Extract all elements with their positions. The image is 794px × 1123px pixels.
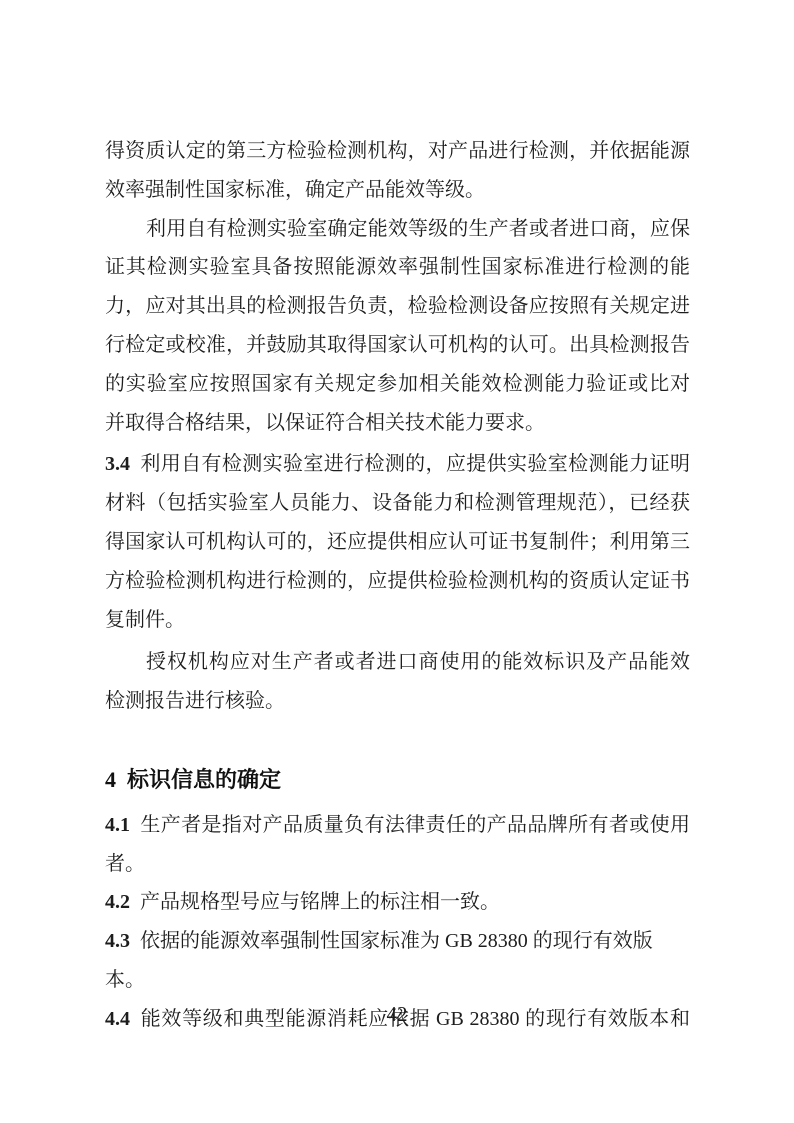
line-text: 方检验检测机构进行检测的，应提供检验检测机构的资质认定证书 bbox=[105, 570, 690, 592]
text-line: 效率强制性国家标准，确定产品能效等级。 bbox=[105, 171, 690, 210]
line-text: 授权机构应对生产者或者进口商使用的能效标识及产品能效 bbox=[146, 651, 690, 673]
text-line: 授权机构应对生产者或者进口商使用的能效标识及产品能效 bbox=[105, 643, 690, 682]
line-text: 行检定或校准，并鼓励其取得国家认可机构的认可。出具检测报告 bbox=[105, 334, 690, 356]
section-number: 4 bbox=[105, 767, 116, 792]
page-number: 42 bbox=[0, 1002, 794, 1027]
line-text: 并取得合格结果，以保证符合相关技术能力要求。 bbox=[105, 412, 545, 434]
line-text: 证其检测实验室具备按照能源效率强制性国家标准进行检测的能 bbox=[105, 256, 690, 278]
line-text: 得资质认定的第三方检验检测机构，对产品进行检测，并依据能源 bbox=[105, 140, 690, 162]
line-text: 者。 bbox=[105, 853, 145, 875]
section-title: 标识信息的确定 bbox=[127, 767, 281, 792]
clause-number: 3.4 bbox=[105, 453, 130, 475]
clause-number: 4.3 bbox=[105, 930, 130, 952]
line-text: 力，应对其出具的检测报告负责，检验检测设备应按照有关规定进 bbox=[105, 295, 690, 317]
text-line: 检测报告进行核验。 bbox=[105, 682, 690, 721]
line-text: 材料（包括实验室人员能力、设备能力和检测管理规范），已经获 bbox=[105, 492, 690, 514]
clause-number: 4.1 bbox=[105, 814, 130, 836]
text-line: 行检定或校准，并鼓励其取得国家认可机构的认可。出具检测报告 bbox=[105, 326, 690, 365]
text-line: 方检验检测机构进行检测的，应提供检验检测机构的资质认定证书 bbox=[105, 562, 690, 601]
text-line: 4.3依据的能源效率强制性国家标准为 GB 28380 的现行有效版本。 bbox=[105, 922, 690, 1000]
line-text: 依据的能源效率强制性国家标准为 GB 28380 的现行有效版本。 bbox=[105, 930, 653, 991]
line-text: 效率强制性国家标准，确定产品能效等级。 bbox=[105, 179, 485, 201]
line-text: 检测报告进行核验。 bbox=[105, 690, 285, 712]
section-heading: 4标识信息的确定 bbox=[105, 761, 690, 800]
text-line: 的实验室应按照国家有关规定参加相关能效检测能力验证或比对 bbox=[105, 365, 690, 404]
line-text: 利用自有检测实验室确定能效等级的生产者或者进口商，应保 bbox=[146, 218, 690, 240]
text-line: 证其检测实验室具备按照能源效率强制性国家标准进行检测的能 bbox=[105, 248, 690, 287]
text-line: 得国家认可机构认可的，还应提供相应认可证书复制件；利用第三 bbox=[105, 523, 690, 562]
line-text: 复制件。 bbox=[105, 609, 185, 631]
text-line: 利用自有检测实验室确定能效等级的生产者或者进口商，应保 bbox=[105, 210, 690, 249]
line-text: 生产者是指对产品质量负有法律责任的产品品牌所有者或使用 bbox=[140, 814, 690, 836]
clause-number: 4.2 bbox=[105, 891, 130, 913]
text-line: 并取得合格结果，以保证符合相关技术能力要求。 bbox=[105, 404, 690, 443]
text-line: 3.4利用自有检测实验室进行检测的，应提供实验室检测能力证明 bbox=[105, 445, 690, 484]
line-text: 利用自有检测实验室进行检测的，应提供实验室检测能力证明 bbox=[140, 453, 690, 475]
text-line: 4.1生产者是指对产品质量负有法律责任的产品品牌所有者或使用 bbox=[105, 806, 690, 845]
text-line: 复制件。 bbox=[105, 601, 690, 640]
text-line: 材料（包括实验室人员能力、设备能力和检测管理规范），已经获 bbox=[105, 484, 690, 523]
document-page: 得资质认定的第三方检验检测机构，对产品进行检测，并依据能源 效率强制性国家标准，… bbox=[0, 0, 794, 1123]
line-text: 得国家认可机构认可的，还应提供相应认可证书复制件；利用第三 bbox=[105, 531, 690, 553]
text-line: 4.2产品规格型号应与铭牌上的标注相一致。 bbox=[105, 883, 690, 922]
text-line: 得资质认定的第三方检验检测机构，对产品进行检测，并依据能源 bbox=[105, 132, 690, 171]
line-text: 的实验室应按照国家有关规定参加相关能效检测能力验证或比对 bbox=[105, 373, 690, 395]
document-body: 得资质认定的第三方检验检测机构，对产品进行检测，并依据能源 效率强制性国家标准，… bbox=[105, 132, 690, 1039]
text-line: 力，应对其出具的检测报告负责，检验检测设备应按照有关规定进 bbox=[105, 287, 690, 326]
line-text: 产品规格型号应与铭牌上的标注相一致。 bbox=[140, 891, 500, 913]
text-line: 者。 bbox=[105, 845, 690, 884]
